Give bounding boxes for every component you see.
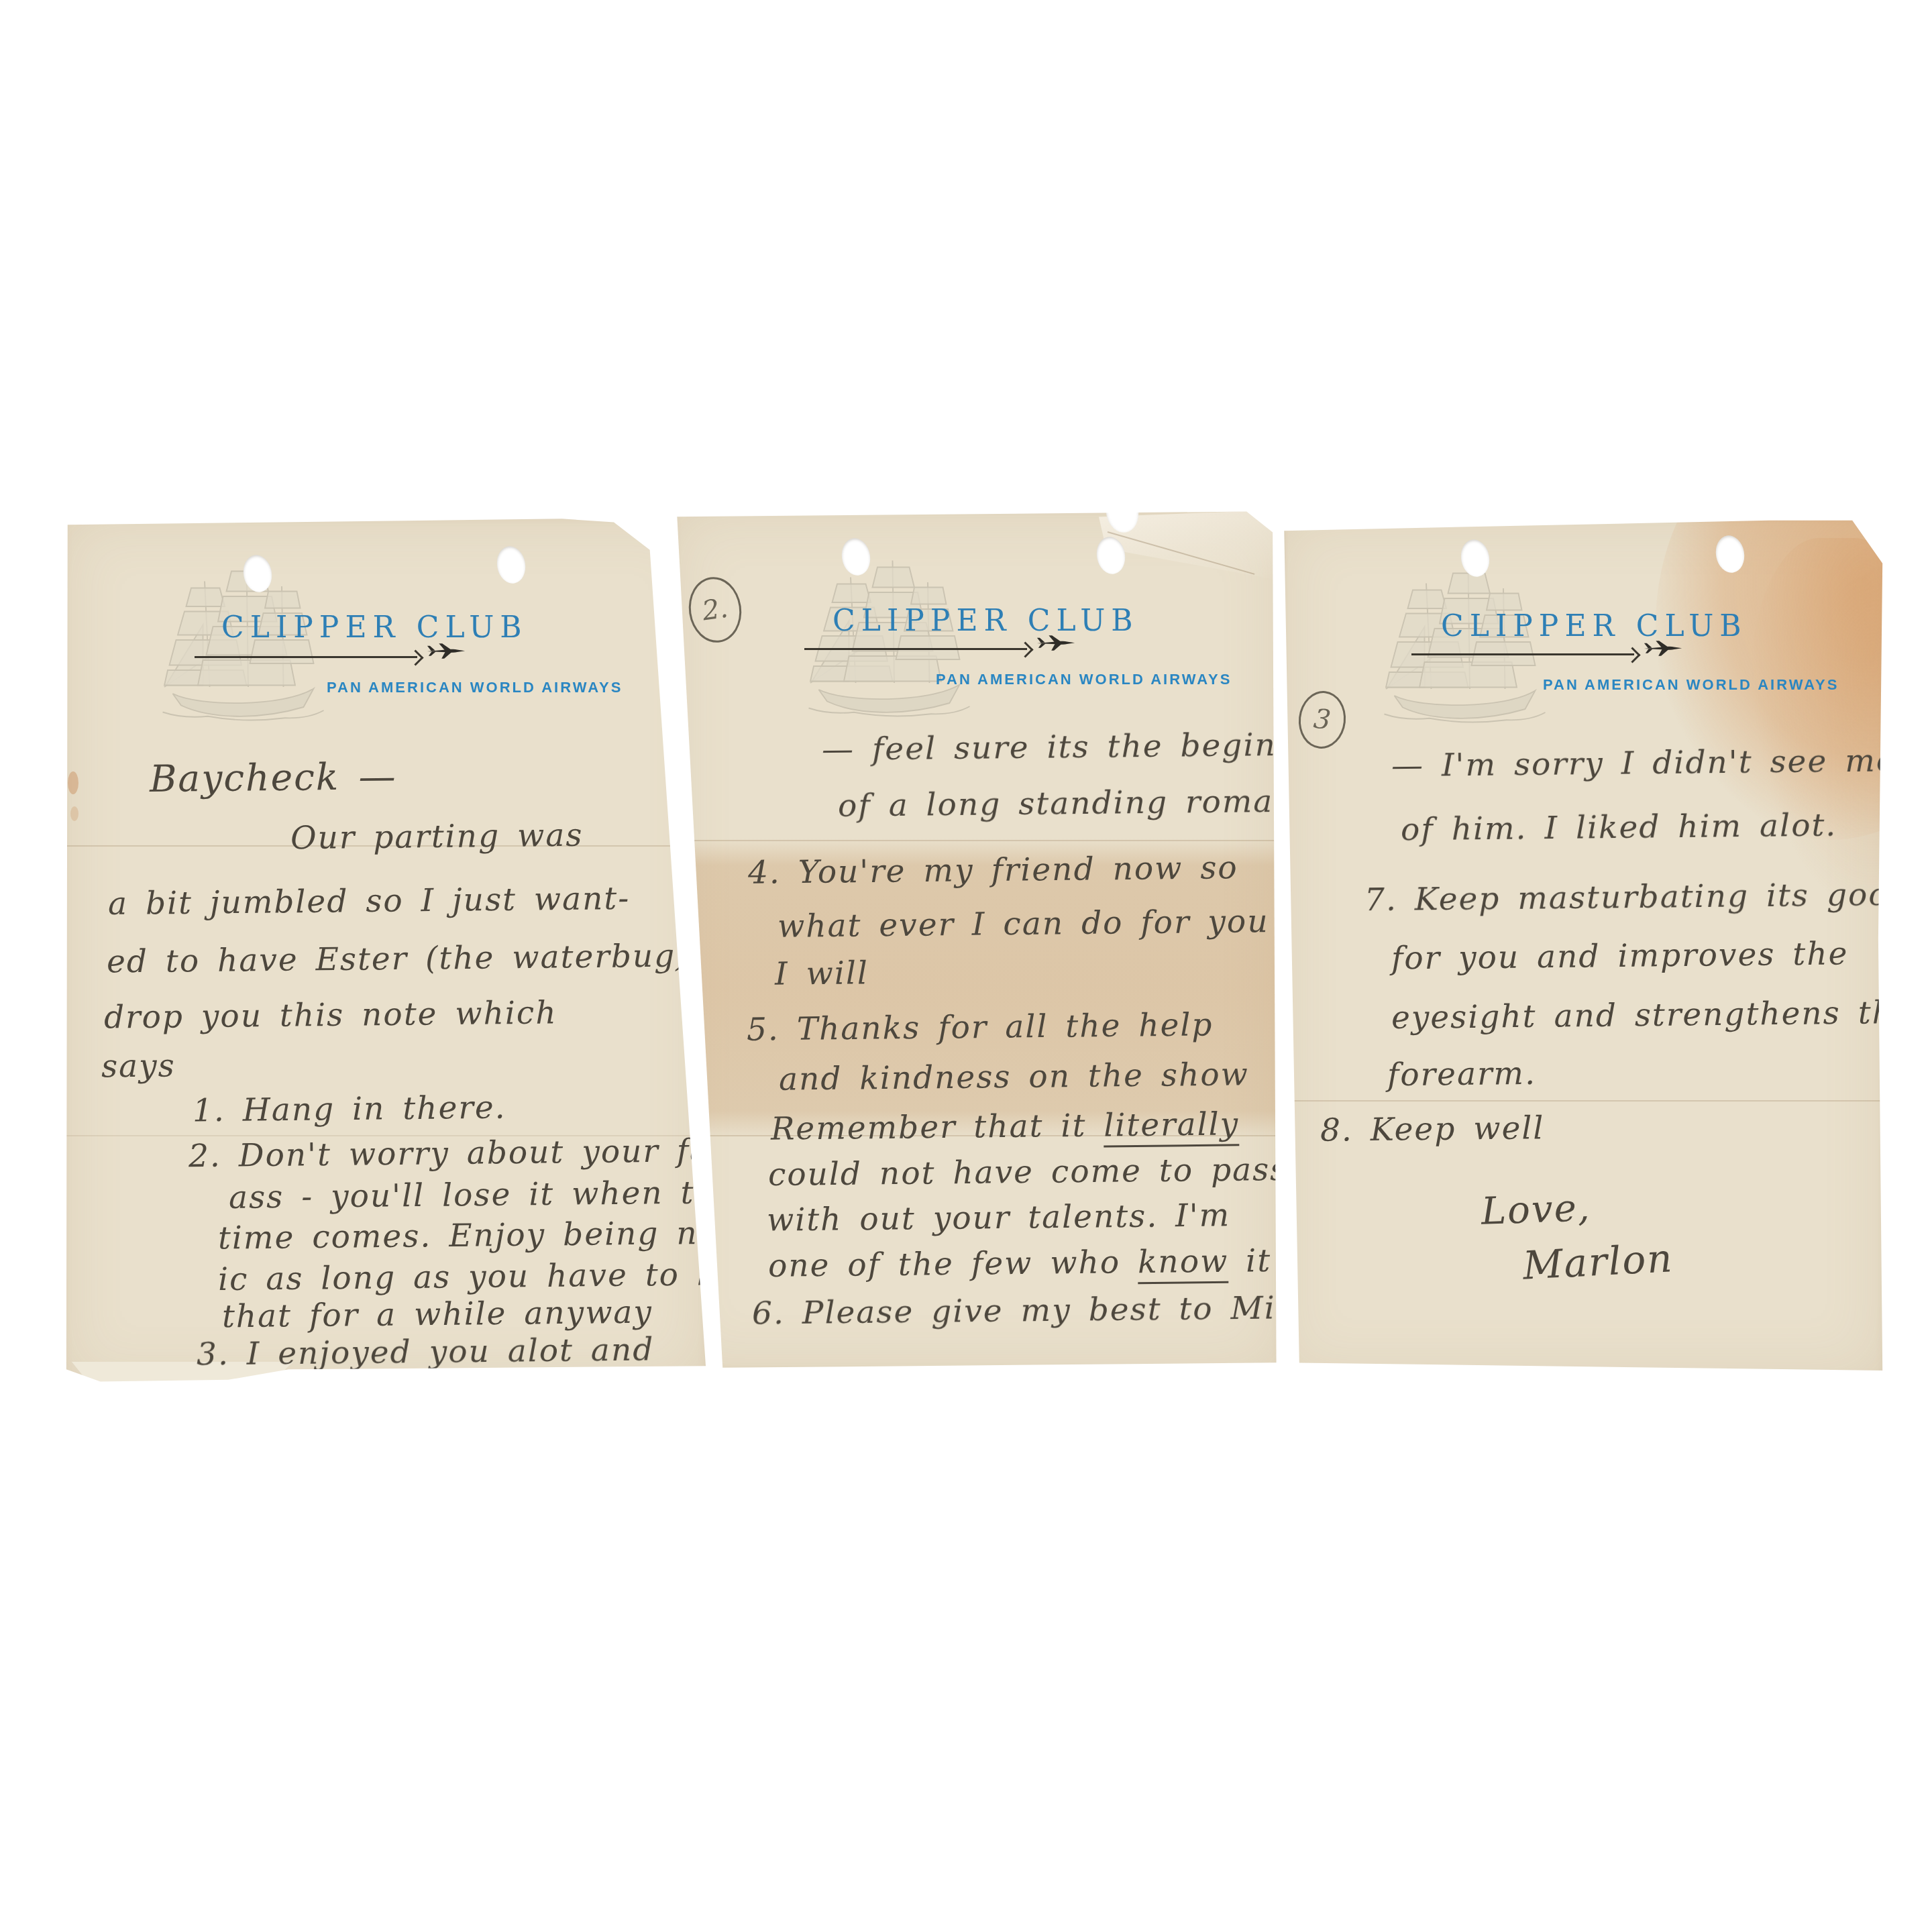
handwriting-line: ed to have Ester (the waterbug)	[107, 940, 690, 977]
handwriting-line: 8. Keep well	[1320, 1112, 1545, 1146]
letter-page-2: 2. CLIPPER CLUB PAN AMERICAN WORLD AIRWA…	[673, 510, 1280, 1371]
line-segment: one of the few who	[768, 1244, 1138, 1285]
underlined-word: literally	[1104, 1106, 1239, 1147]
pan-am-wordmark: PAN AMERICAN WORLD AIRWAYS	[1543, 676, 1839, 694]
flight-path-line	[804, 648, 1027, 650]
handwriting-line: 2. Don't worry about your fat	[189, 1135, 724, 1172]
handwriting-line: 1. Hang in there.	[193, 1092, 506, 1127]
underlined-word: know	[1138, 1243, 1229, 1284]
handwriting-line: what ever I can do for you	[777, 906, 1269, 943]
handwriting-line: and kindness on the show	[779, 1059, 1249, 1095]
handwriting-line: a bit jumbled so I just want-	[108, 883, 631, 920]
rust-spot	[68, 771, 78, 794]
stain-halo	[1750, 538, 1924, 914]
handwriting-line: forearm.	[1387, 1058, 1536, 1091]
signature-love: Love,	[1481, 1189, 1591, 1231]
flight-path-line	[1411, 653, 1634, 655]
handwriting-line: eyesight and strengthens the	[1391, 997, 1914, 1034]
letter-page-3: 3 CLIPPER CLUB PAN AMERICAN WORLD AIRWAY…	[1280, 518, 1884, 1377]
handwriting-line: says	[101, 1050, 176, 1082]
fold-crease	[673, 840, 1280, 841]
handwriting-line: — I'm sorry I didn't see more	[1391, 745, 1932, 782]
line-segment: it	[1228, 1242, 1271, 1280]
rust-spot	[70, 806, 78, 821]
handwriting-line: 6. Please give my best to Michel	[752, 1291, 1348, 1329]
handwriting-line: 5. Thanks for all the help	[747, 1009, 1214, 1045]
handwriting-line: ic as long as you have to be	[218, 1258, 739, 1295]
jet-plane-icon	[1036, 633, 1077, 652]
letter-photograph: CLIPPER CLUB PAN AMERICAN WORLD AIRWAYS …	[0, 0, 1932, 1932]
jet-plane-icon	[426, 641, 468, 660]
clipper-ship-watermark-icon	[158, 553, 325, 741]
handwriting-line: I will	[775, 957, 869, 989]
fold-crease	[1280, 1100, 1884, 1102]
clipper-ship-watermark-icon	[804, 549, 971, 737]
signature-marlon: Marlon	[1522, 1238, 1674, 1285]
handwriting-line: ass - you'll lose it when the	[229, 1177, 737, 1214]
handwriting-line: 3. I enjoyed you alot and	[197, 1334, 655, 1370]
handwriting-line: could not have come to pass	[768, 1154, 1288, 1191]
line-segment: Remember that it	[771, 1107, 1104, 1147]
handwriting-line: of him. I liked him alot.	[1401, 810, 1837, 846]
handwriting-line: 4. You're my friend now so	[748, 852, 1238, 889]
handwriting-line: Remember that it literally	[771, 1108, 1240, 1144]
handwriting-line: that for a while anyway	[222, 1297, 653, 1333]
jet-plane-icon	[1643, 639, 1684, 657]
handwriting-line: with out your talents. I'm	[767, 1199, 1231, 1236]
handwriting-line: one of the few who know it	[768, 1245, 1272, 1282]
clipper-club-wordmark: CLIPPER CLUB	[221, 610, 503, 645]
handwriting-line: Our parting was	[290, 820, 584, 855]
pan-am-wordmark: PAN AMERICAN WORLD AIRWAYS	[327, 679, 623, 696]
handwriting-line: 7. Keep masturbating its good	[1364, 879, 1911, 916]
pan-am-wordmark: PAN AMERICAN WORLD AIRWAYS	[936, 671, 1232, 688]
handwriting-line: drop you this note which	[104, 997, 557, 1033]
handwriting-line: for you and improves the	[1391, 938, 1849, 974]
handwriting-line: of a long standing romance	[838, 785, 1334, 822]
clipper-ship-watermark-icon	[1379, 555, 1547, 743]
handwriting-line: Baycheck —	[150, 758, 397, 798]
handwriting-line: — feel sure its the beginning	[822, 729, 1353, 765]
letter-page-1: CLIPPER CLUB PAN AMERICAN WORLD AIRWAYS …	[64, 518, 706, 1383]
flight-path-line	[195, 656, 417, 658]
